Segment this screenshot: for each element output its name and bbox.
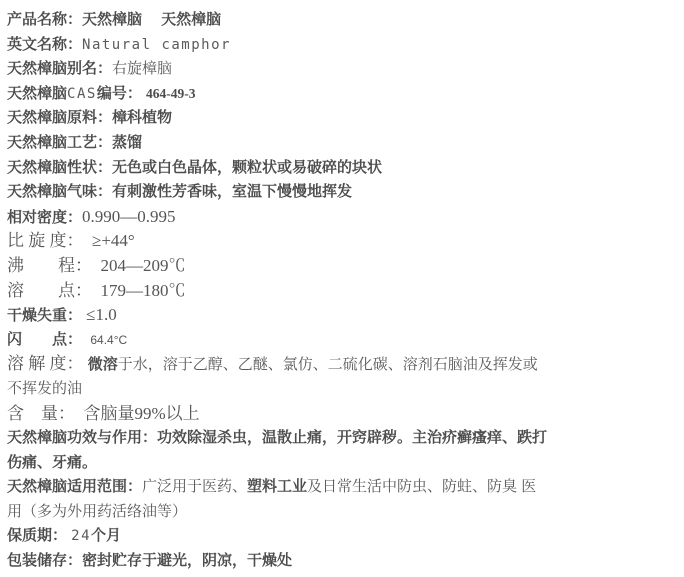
text-segment: 塑料工业 [247,478,307,495]
shelf-life: 保质期： 24个月 [7,524,678,549]
solubility-cont: 不挥发的油 [7,377,678,402]
text-segment: 64.4°C [90,333,127,347]
application-scope: 天然樟脑适用范围：广泛用于医药、塑料工业及日常生活中防虫、防蛀、防臭 医 [7,475,678,500]
text-segment: 天然樟脑气味：有刺激性芳香味，室温下慢慢地挥发 [7,183,352,200]
application-scope-cont: 用（多为外用药活络油等） [7,500,678,525]
effects: 天然樟脑功效与作用：功效除湿杀虫，温散止痛，开窍辟秽。主治疥癣瘙痒、跌打 [7,426,678,451]
text-segment: 溶 解 度： [7,354,88,373]
text-segment: 右旋樟脑 [112,60,172,77]
text-segment: 天然樟脑功效与作用：功效除湿杀虫，温散止痛，开窍辟秽。主治疥癣瘙痒、跌打 [7,429,547,446]
specific-rotation: 比 旋 度： ≥+44° [7,229,678,254]
text-segment: 微溶 [88,356,118,373]
text-segment: 天然樟脑性状：无色或白色晶体，颗粒状或易破碎的块状 [7,159,382,176]
text-segment: 比 旋 度： ≥+44° [7,231,135,250]
text-segment: 天然樟脑 [7,85,67,102]
text-segment: 沸 程： 204—209℃ [7,256,186,275]
text-segment: 天然樟脑别名： [7,60,112,77]
text-segment: 464-49-3 [146,86,196,101]
text-segment: 闪 点： [7,331,90,348]
text-segment: 编号： [97,85,146,102]
relative-density: 相对密度：0.990—0.995 [7,205,678,230]
english-name: 英文名称：Natural camphor [7,33,678,58]
text-segment: 个月 [91,527,121,544]
text-segment: 天然樟脑工艺：蒸馏 [7,134,142,151]
text-segment: ≤1.0 [86,305,117,324]
packaging-storage: 包装储存：密封贮存于避光，阴凉，干燥处 [7,549,678,574]
cas-number: 天然樟脑CAS编号： 464-49-3 [7,82,678,107]
product-spec-page: 产品名称：天然樟脑 天然樟脑英文名称：Natural camphor天然樟脑别名… [0,0,684,577]
effects-cont: 伤痛、牙痛。 [7,451,678,476]
loss-on-drying: 干燥失重： ≤1.0 [7,303,678,328]
product-name: 产品名称：天然樟脑 天然樟脑 [7,8,678,33]
flash-point: 闪 点： 64.4°C [7,328,678,353]
appearance: 天然樟脑性状：无色或白色晶体，颗粒状或易破碎的块状 [7,156,678,181]
text-segment: Natural camphor [82,37,231,53]
text-segment: 相对密度： [7,209,82,226]
text-segment: 天然樟脑适用范围： [7,478,142,495]
content: 含 量： 含脑量99%以上 [7,402,678,427]
text-segment: 保质期： [7,527,71,544]
text-segment: 及日常生活中防虫、防蛀、防臭 医 [307,478,536,495]
alias: 天然樟脑别名：右旋樟脑 [7,57,678,82]
text-segment: 溶 点： 179—180℃ [7,281,186,300]
raw-material: 天然樟脑原料：樟科植物 [7,106,678,131]
text-segment: 不挥发的油 [7,380,82,397]
solubility: 溶 解 度： 微溶于水，溶于乙醇、乙醚、氯仿、二硫化碳、溶剂石脑油及挥发或 [7,352,678,377]
text-segment: 广泛用于医药、 [142,478,247,495]
process: 天然樟脑工艺：蒸馏 [7,131,678,156]
text-segment: 英文名称： [7,36,82,53]
text-segment: 干燥失重： [7,307,86,324]
text-segment: 伤痛、牙痛。 [7,454,97,471]
melting-point: 溶 点： 179—180℃ [7,279,678,304]
boiling-range: 沸 程： 204—209℃ [7,254,678,279]
text-segment: 产品名称：天然樟脑 天然樟脑 [7,11,221,28]
text-segment: 于水，溶于乙醇、乙醚、氯仿、二硫化碳、溶剂石脑油及挥发或 [118,356,538,373]
text-segment: 0.990—0.995 [82,207,176,226]
text-segment: 包装储存：密封贮存于避光，阴凉，干燥处 [7,552,292,569]
product-spec-document: 产品名称：天然樟脑 天然樟脑英文名称：Natural camphor天然樟脑别名… [7,8,678,574]
text-segment: CAS [67,86,97,102]
text-segment: 含 量： 含脑量99%以上 [7,404,200,423]
text-segment: 用（多为外用药活络油等） [7,503,187,520]
text-segment: 天然樟脑原料：樟科植物 [7,109,172,126]
text-segment: 24 [71,528,91,544]
odor: 天然樟脑气味：有刺激性芳香味，室温下慢慢地挥发 [7,180,678,205]
